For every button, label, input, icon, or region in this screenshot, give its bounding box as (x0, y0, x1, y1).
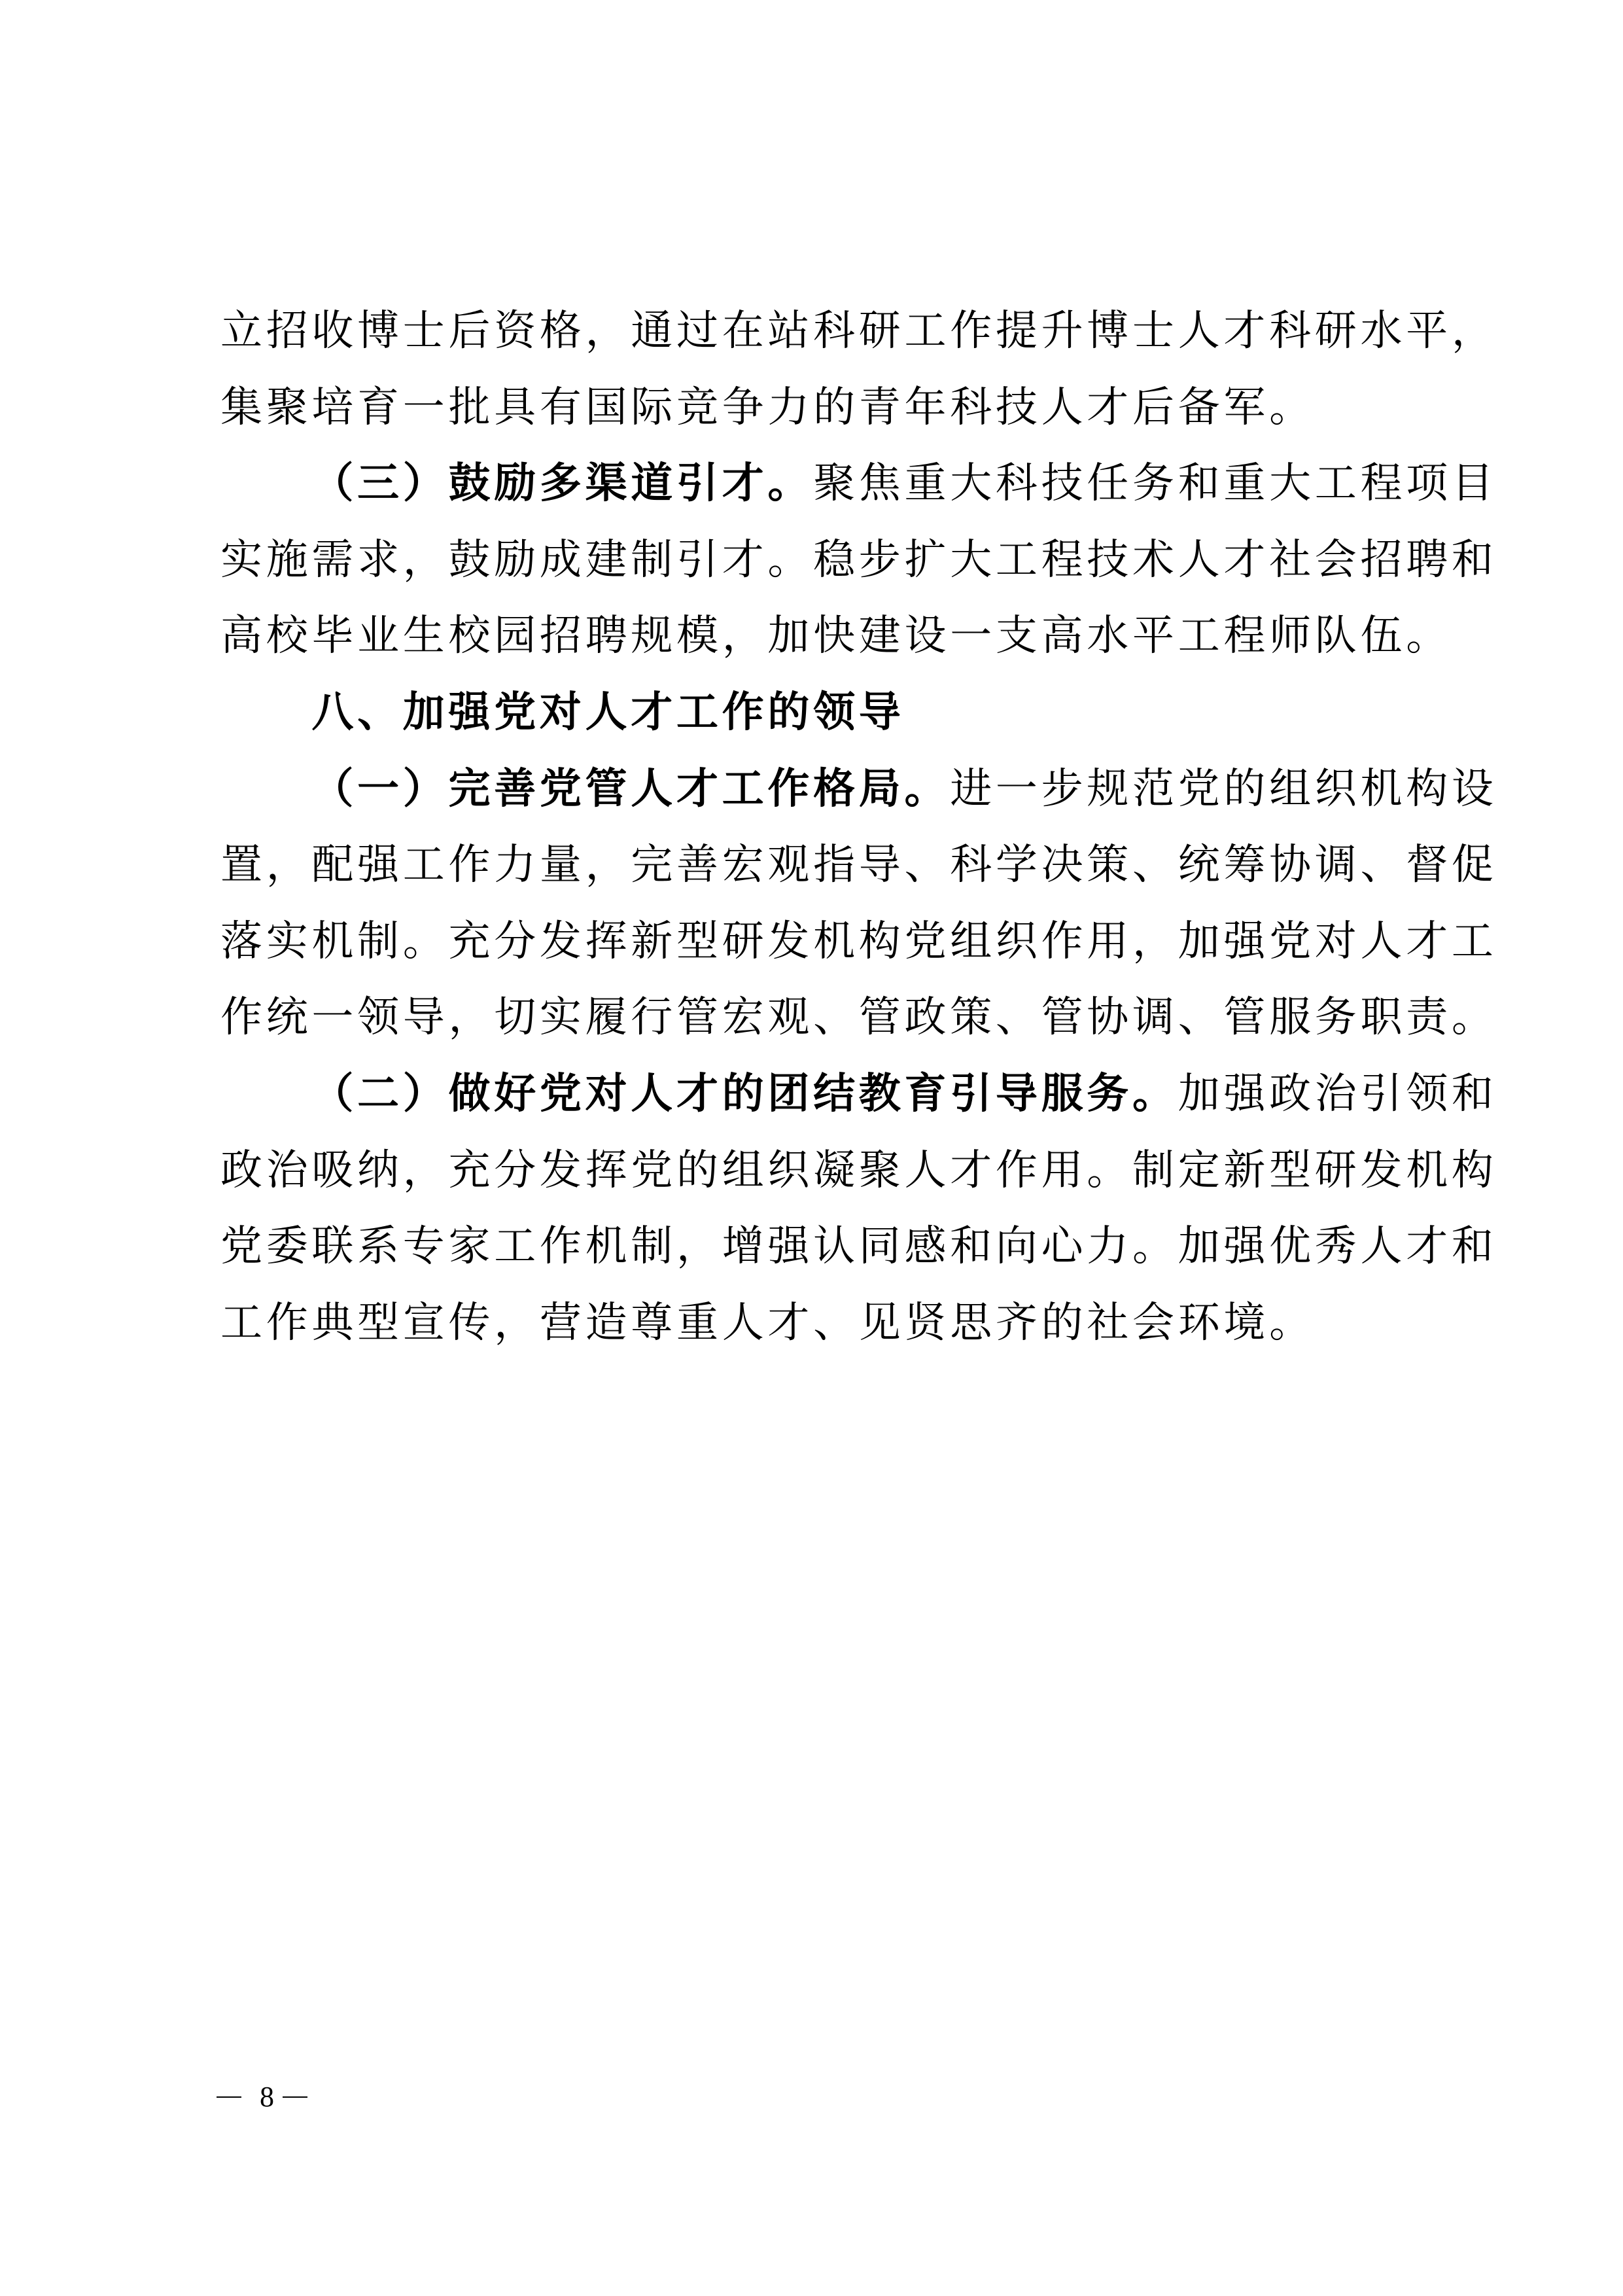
text-line: 置，配强工作力量，完善宏观指导、科学决策、统筹协调、督促 (220, 827, 1411, 904)
text-line: 工作典型宣传，营造尊重人才、见贤思齐的社会环境。 (220, 1285, 1411, 1362)
subsection-title: （一）完善党管人才工作格局。 (311, 764, 950, 813)
footer-dash-left (217, 2096, 241, 2098)
text-line: 作统一领导，切实履行管宏观、管政策、管协调、管服务职责。 (220, 980, 1411, 1056)
text-line: 集聚培育一批具有国际竞争力的青年科技人才后备军。 (220, 370, 1411, 446)
text-line: 政治吸纳，充分发挥党的组织凝聚人才作用。制定新型研发机构 (220, 1133, 1411, 1209)
text-line-first: （二）做好党对人才的团结教育引导服务。加强政治引领和 (220, 1056, 1411, 1133)
section-heading: 八、加强党对人才工作的领导 (220, 675, 1411, 751)
text-line: 党委联系专家工作机制，增强认同感和向心力。加强优秀人才和 (220, 1209, 1411, 1285)
document-body: 立招收博士后资格，通过在站科研工作提升博士人才科研水平， 集聚培育一批具有国际竞… (220, 293, 1411, 1361)
paragraph-continuation: 立招收博士后资格，通过在站科研工作提升博士人才科研水平， 集聚培育一批具有国际竞… (220, 293, 1411, 446)
page-footer: 8 (217, 2084, 307, 2110)
subsection-text: 加强政治引领和 (1178, 1070, 1497, 1118)
subsection-title: （三）鼓励多渠道引才。 (311, 459, 813, 508)
subsection-text: 聚焦重大科技任务和重大工程项目 (813, 459, 1497, 508)
section-heading-8: 八、加强党对人才工作的领导 (220, 675, 1411, 751)
document-page: 立招收博士后资格，通过在站科研工作提升博士人才科研水平， 集聚培育一批具有国际竞… (0, 0, 1623, 2296)
page-number: 8 (260, 2084, 274, 2110)
footer-dash-right (283, 2096, 307, 2098)
subsection-title: （二）做好党对人才的团结教育引导服务。 (311, 1069, 1178, 1118)
text-line-first: （一）完善党管人才工作格局。进一步规范党的组织机构设 (220, 751, 1411, 828)
text-line: 落实机制。充分发挥新型研发机构党组织作用，加强党对人才工 (220, 904, 1411, 980)
text-line: 立招收博士后资格，通过在站科研工作提升博士人才科研水平， (220, 293, 1411, 370)
paragraph-section7-item3: （三）鼓励多渠道引才。聚焦重大科技任务和重大工程项目 实施需求，鼓励成建制引才。… (220, 446, 1411, 675)
text-line-first: （三）鼓励多渠道引才。聚焦重大科技任务和重大工程项目 (220, 446, 1411, 522)
paragraph-section8-item1: （一）完善党管人才工作格局。进一步规范党的组织机构设 置，配强工作力量，完善宏观… (220, 751, 1411, 1056)
text-line: 高校毕业生校园招聘规模，加快建设一支高水平工程师队伍。 (220, 598, 1411, 675)
text-line: 实施需求，鼓励成建制引才。稳步扩大工程技术人才社会招聘和 (220, 522, 1411, 599)
paragraph-section8-item2: （二）做好党对人才的团结教育引导服务。加强政治引领和 政治吸纳，充分发挥党的组织… (220, 1056, 1411, 1361)
subsection-text: 进一步规范党的组织机构设 (950, 765, 1497, 813)
